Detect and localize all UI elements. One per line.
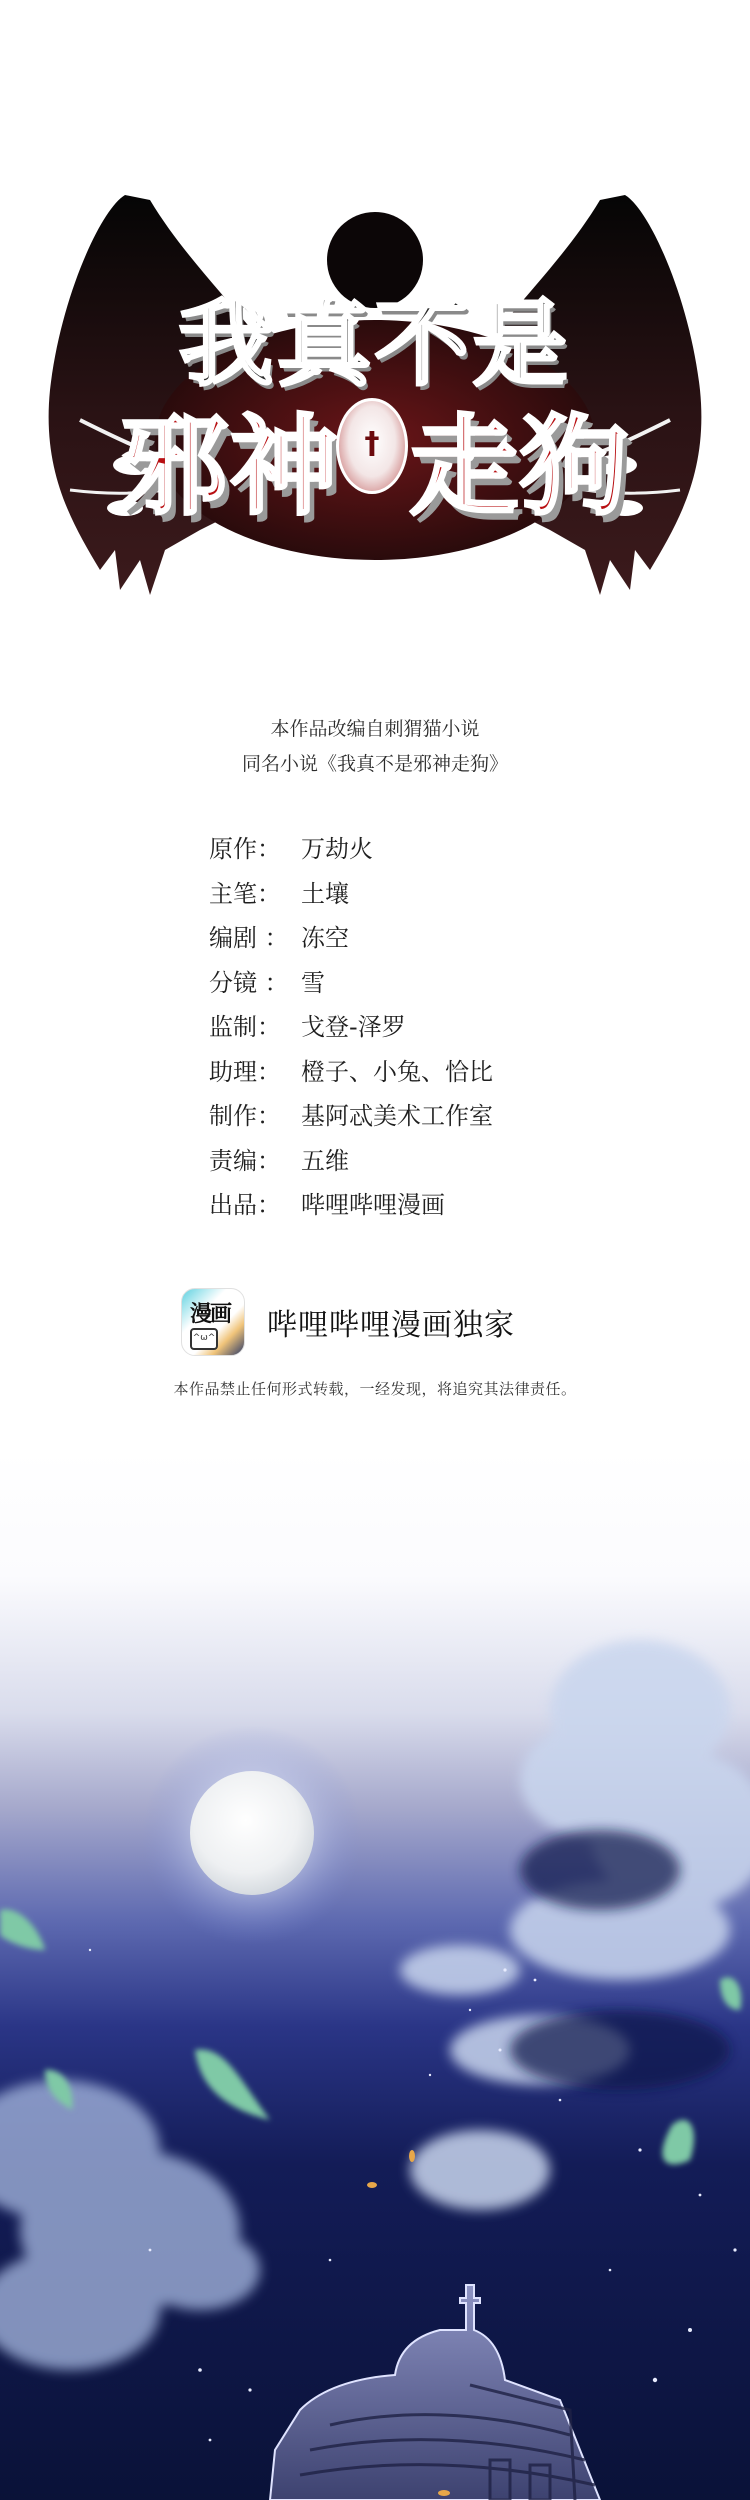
comic-title-logo: 我真不是 邪神走狗 † <box>40 190 710 630</box>
credit-role: 责编： <box>209 1139 301 1184</box>
adaptation-line-1: 本作品改编自刺猬猫小说 <box>0 712 750 747</box>
adaptation-line-2: 同名小说《我真不是邪神走狗》 <box>0 747 750 782</box>
credit-row-lead-artist: 主笔：土壤 <box>209 872 493 917</box>
bilibili-comics-app-icon: 漫画 ^ω^ <box>181 1288 245 1356</box>
credit-role: 监制： <box>209 1005 301 1050</box>
credit-row-author: 原作：万劫火 <box>209 827 493 872</box>
credit-role: 原作： <box>209 827 301 872</box>
credit-row-editor: 责编：五维 <box>209 1139 493 1184</box>
credit-row-assistants: 助理： 橙子、小兔、恰比 <box>209 1050 493 1095</box>
credit-row-supervisor: 监制：戈登-泽罗 <box>209 1005 493 1050</box>
night-sky-illustration <box>0 1450 750 2500</box>
credit-role: 分镜 ： <box>209 961 301 1006</box>
credit-name: 哔哩哔哩漫画 <box>301 1183 445 1228</box>
credit-role: 编剧 ： <box>209 916 301 961</box>
credit-name: 戈登-泽罗 <box>301 1005 406 1050</box>
exclusive-label: 哔哩哔哩漫画独家 <box>267 1300 515 1344</box>
credit-role: 出品： <box>209 1183 301 1228</box>
cross-icon: † <box>365 426 380 461</box>
credit-name: 五维 <box>301 1139 349 1184</box>
credit-name: 雪 <box>301 961 325 1006</box>
credit-role: 制作： <box>209 1094 301 1139</box>
credit-name: 橙子、小兔、恰比 <box>301 1050 493 1095</box>
copyright-notice: 本作品禁止任何形式转载，一经发现，将追究其法律责任。 <box>0 1378 750 1399</box>
credit-name: 万劫火 <box>301 827 373 872</box>
exclusive-badge: 漫画 ^ω^ 哔哩哔哩漫画独家 <box>181 1288 515 1356</box>
title-line-2-left: 邪神 <box>120 405 340 530</box>
app-icon-label: 漫画 <box>190 1297 230 1328</box>
credit-row-script: 编剧 ：冻空 <box>209 916 493 961</box>
tv-mascot-icon: ^ω^ <box>190 1328 218 1350</box>
adaptation-note: 本作品改编自刺猬猫小说 同名小说《我真不是邪神走狗》 <box>0 712 750 782</box>
credit-role: 助理： <box>209 1050 301 1095</box>
night-sky-graphic <box>0 1450 750 2500</box>
eye-emblem-icon: † <box>336 398 408 494</box>
title-line-2-right: 走狗 <box>410 405 630 530</box>
credit-name: 基阿忒美术工作室 <box>301 1094 493 1139</box>
credits-list: 原作：万劫火 主笔：土壤 编剧 ：冻空 分镜 ：雪 监制：戈登-泽罗 助理： 橙… <box>209 827 493 1228</box>
credit-row-storyboard: 分镜 ：雪 <box>209 961 493 1006</box>
credit-row-publisher: 出品：哔哩哔哩漫画 <box>209 1183 493 1228</box>
credit-role: 主笔： <box>209 872 301 917</box>
credit-row-production: 制作：基阿忒美术工作室 <box>209 1094 493 1139</box>
credit-name: 土壤 <box>301 872 349 917</box>
credit-name: 冻空 <box>301 916 349 961</box>
